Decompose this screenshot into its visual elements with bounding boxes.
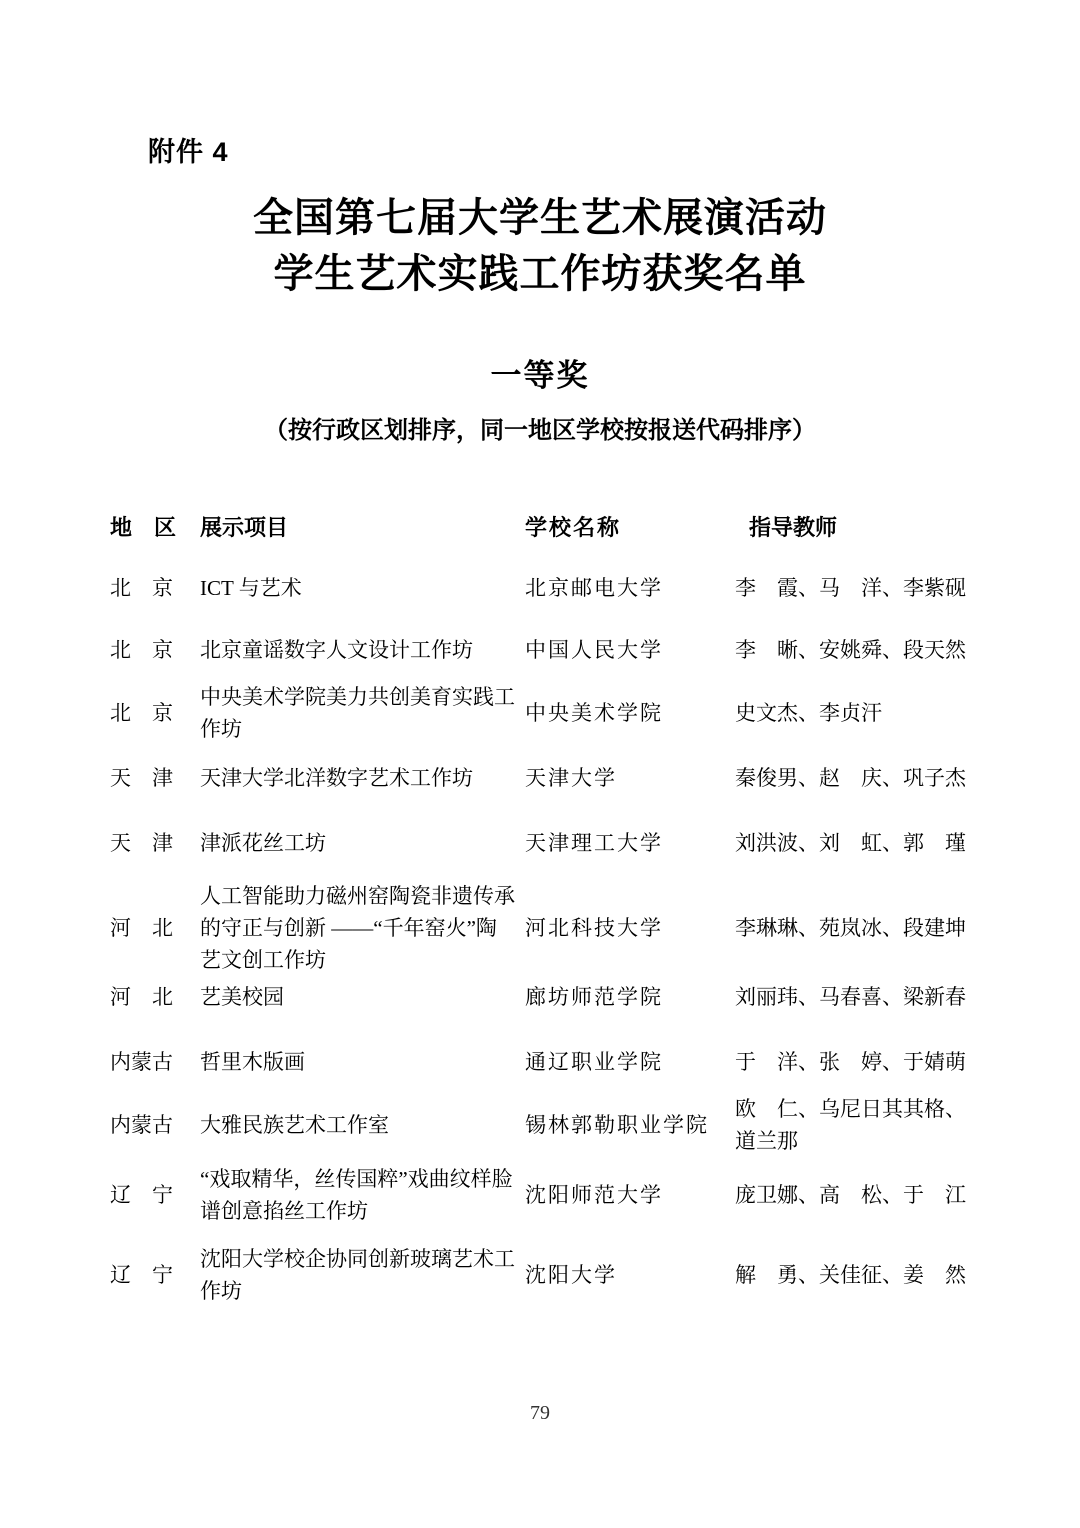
school-cell: 天津大学 bbox=[525, 762, 735, 794]
page-title: 全国第七届大学生艺术展演活动 学生艺术实践工作坊获奖名单 bbox=[0, 190, 1080, 302]
teachers-cell: 欧 仁、乌尼日其其格、 道兰那 bbox=[735, 1093, 980, 1157]
teachers-cell: 秦俊男、赵 庆、巩子杰 bbox=[735, 762, 980, 794]
school-cell: 中央美术学院 bbox=[525, 697, 735, 729]
header-teachers: 指导教师 bbox=[735, 512, 980, 544]
project-cell: 沈阳大学校企协同创新玻璃艺术工 作坊 bbox=[200, 1243, 525, 1307]
project-cell: 津派花丝工坊 bbox=[200, 827, 525, 859]
region-cell: 北 京 bbox=[110, 572, 200, 604]
region-cell: 内蒙古 bbox=[110, 1109, 200, 1141]
table-body: 北 京 ICT 与艺术 北京邮电大学 李 霞、马 洋、李紫砚 北 京 北京童谣数… bbox=[110, 572, 980, 1307]
region-cell: 辽 宁 bbox=[110, 1179, 200, 1211]
school-cell: 天津理工大学 bbox=[525, 827, 735, 859]
school-cell: 廊坊师范学院 bbox=[525, 981, 735, 1013]
table-row: 河 北 人工智能助力磁州窑陶瓷非遗传承 的守正与创新 ——“千年窑火”陶 艺文创… bbox=[110, 880, 980, 976]
project-cell: ICT 与艺术 bbox=[200, 572, 525, 604]
teachers-cell: 庞卫娜、高 松、于 江 bbox=[735, 1179, 980, 1211]
table-row: 北 京 北京童谣数字人文设计工作坊 中国人民大学 李 晰、安姚舜、段天然 bbox=[110, 634, 980, 666]
project-cell: 艺美校园 bbox=[200, 981, 525, 1013]
awards-table: 地 区 展示项目 学校名称 指导教师 北 京 ICT 与艺术 北京邮电大学 李 … bbox=[110, 512, 980, 1307]
table-row: 河 北 艺美校园 廊坊师范学院 刘丽玮、马春喜、梁新春 bbox=[110, 981, 980, 1013]
teachers-cell: 李琳琳、苑岚冰、段建坤 bbox=[735, 912, 980, 944]
attachment-label: 附件 4 bbox=[148, 136, 229, 168]
teachers-cell: 李 霞、马 洋、李紫砚 bbox=[735, 572, 980, 604]
teachers-cell: 刘丽玮、马春喜、梁新春 bbox=[735, 981, 980, 1013]
table-row: 北 京 ICT 与艺术 北京邮电大学 李 霞、马 洋、李紫砚 bbox=[110, 572, 980, 604]
award-level-heading: 一等奖 bbox=[0, 356, 1080, 396]
project-cell: 北京童谣数字人文设计工作坊 bbox=[200, 634, 525, 666]
region-cell: 天 津 bbox=[110, 762, 200, 794]
region-cell: 北 京 bbox=[110, 697, 200, 729]
project-cell: 人工智能助力磁州窑陶瓷非遗传承 的守正与创新 ——“千年窑火”陶 艺文创工作坊 bbox=[200, 880, 525, 976]
table-row: 天 津 津派花丝工坊 天津理工大学 刘洪波、刘 虹、郭 瑾 bbox=[110, 827, 980, 859]
project-cell: 天津大学北洋数字艺术工作坊 bbox=[200, 762, 525, 794]
school-cell: 沈阳师范大学 bbox=[525, 1179, 735, 1211]
table-row: 天 津 天津大学北洋数字艺术工作坊 天津大学 秦俊男、赵 庆、巩子杰 bbox=[110, 762, 980, 794]
project-cell: 大雅民族艺术工作室 bbox=[200, 1109, 525, 1141]
school-cell: 中国人民大学 bbox=[525, 634, 735, 666]
school-cell: 沈阳大学 bbox=[525, 1259, 735, 1291]
region-cell: 天 津 bbox=[110, 827, 200, 859]
header-project: 展示项目 bbox=[200, 512, 525, 544]
title-line-1: 全国第七届大学生艺术展演活动 bbox=[0, 190, 1080, 246]
table-row: 内蒙古 大雅民族艺术工作室 锡林郭勒职业学院 欧 仁、乌尼日其其格、 道兰那 bbox=[110, 1093, 980, 1157]
school-cell: 河北科技大学 bbox=[525, 912, 735, 944]
region-cell: 河 北 bbox=[110, 912, 200, 944]
teachers-cell: 史文杰、李贞汗 bbox=[735, 697, 980, 729]
region-cell: 河 北 bbox=[110, 981, 200, 1013]
region-cell: 北 京 bbox=[110, 634, 200, 666]
region-cell: 辽 宁 bbox=[110, 1259, 200, 1291]
teachers-cell: 李 晰、安姚舜、段天然 bbox=[735, 634, 980, 666]
region-cell: 内蒙古 bbox=[110, 1046, 200, 1078]
table-header-row: 地 区 展示项目 学校名称 指导教师 bbox=[110, 512, 980, 544]
teachers-cell: 刘洪波、刘 虹、郭 瑾 bbox=[735, 827, 980, 859]
project-cell: “戏取精华，丝传国粹”戏曲纹样脸 谱创意掐丝工作坊 bbox=[200, 1163, 525, 1227]
teachers-cell: 于 洋、张 婷、于婧萌 bbox=[735, 1046, 980, 1078]
project-cell: 哲里木版画 bbox=[200, 1046, 525, 1078]
teachers-cell: 解 勇、关佳征、姜 然 bbox=[735, 1259, 980, 1291]
sort-order-note: （按行政区划排序，同一地区学校按报送代码排序） bbox=[0, 414, 1080, 448]
header-school: 学校名称 bbox=[525, 512, 735, 544]
page-number: 79 bbox=[0, 1402, 1080, 1425]
table-row: 辽 宁 “戏取精华，丝传国粹”戏曲纹样脸 谱创意掐丝工作坊 沈阳师范大学 庞卫娜… bbox=[110, 1163, 980, 1227]
table-row: 北 京 中央美术学院美力共创美育实践工 作坊 中央美术学院 史文杰、李贞汗 bbox=[110, 681, 980, 745]
header-region: 地 区 bbox=[110, 512, 200, 544]
school-cell: 锡林郭勒职业学院 bbox=[525, 1109, 735, 1141]
table-row: 内蒙古 哲里木版画 通辽职业学院 于 洋、张 婷、于婧萌 bbox=[110, 1046, 980, 1078]
project-cell: 中央美术学院美力共创美育实践工 作坊 bbox=[200, 681, 525, 745]
table-row: 辽 宁 沈阳大学校企协同创新玻璃艺术工 作坊 沈阳大学 解 勇、关佳征、姜 然 bbox=[110, 1243, 980, 1307]
school-cell: 北京邮电大学 bbox=[525, 572, 735, 604]
school-cell: 通辽职业学院 bbox=[525, 1046, 735, 1078]
title-line-2: 学生艺术实践工作坊获奖名单 bbox=[0, 246, 1080, 302]
